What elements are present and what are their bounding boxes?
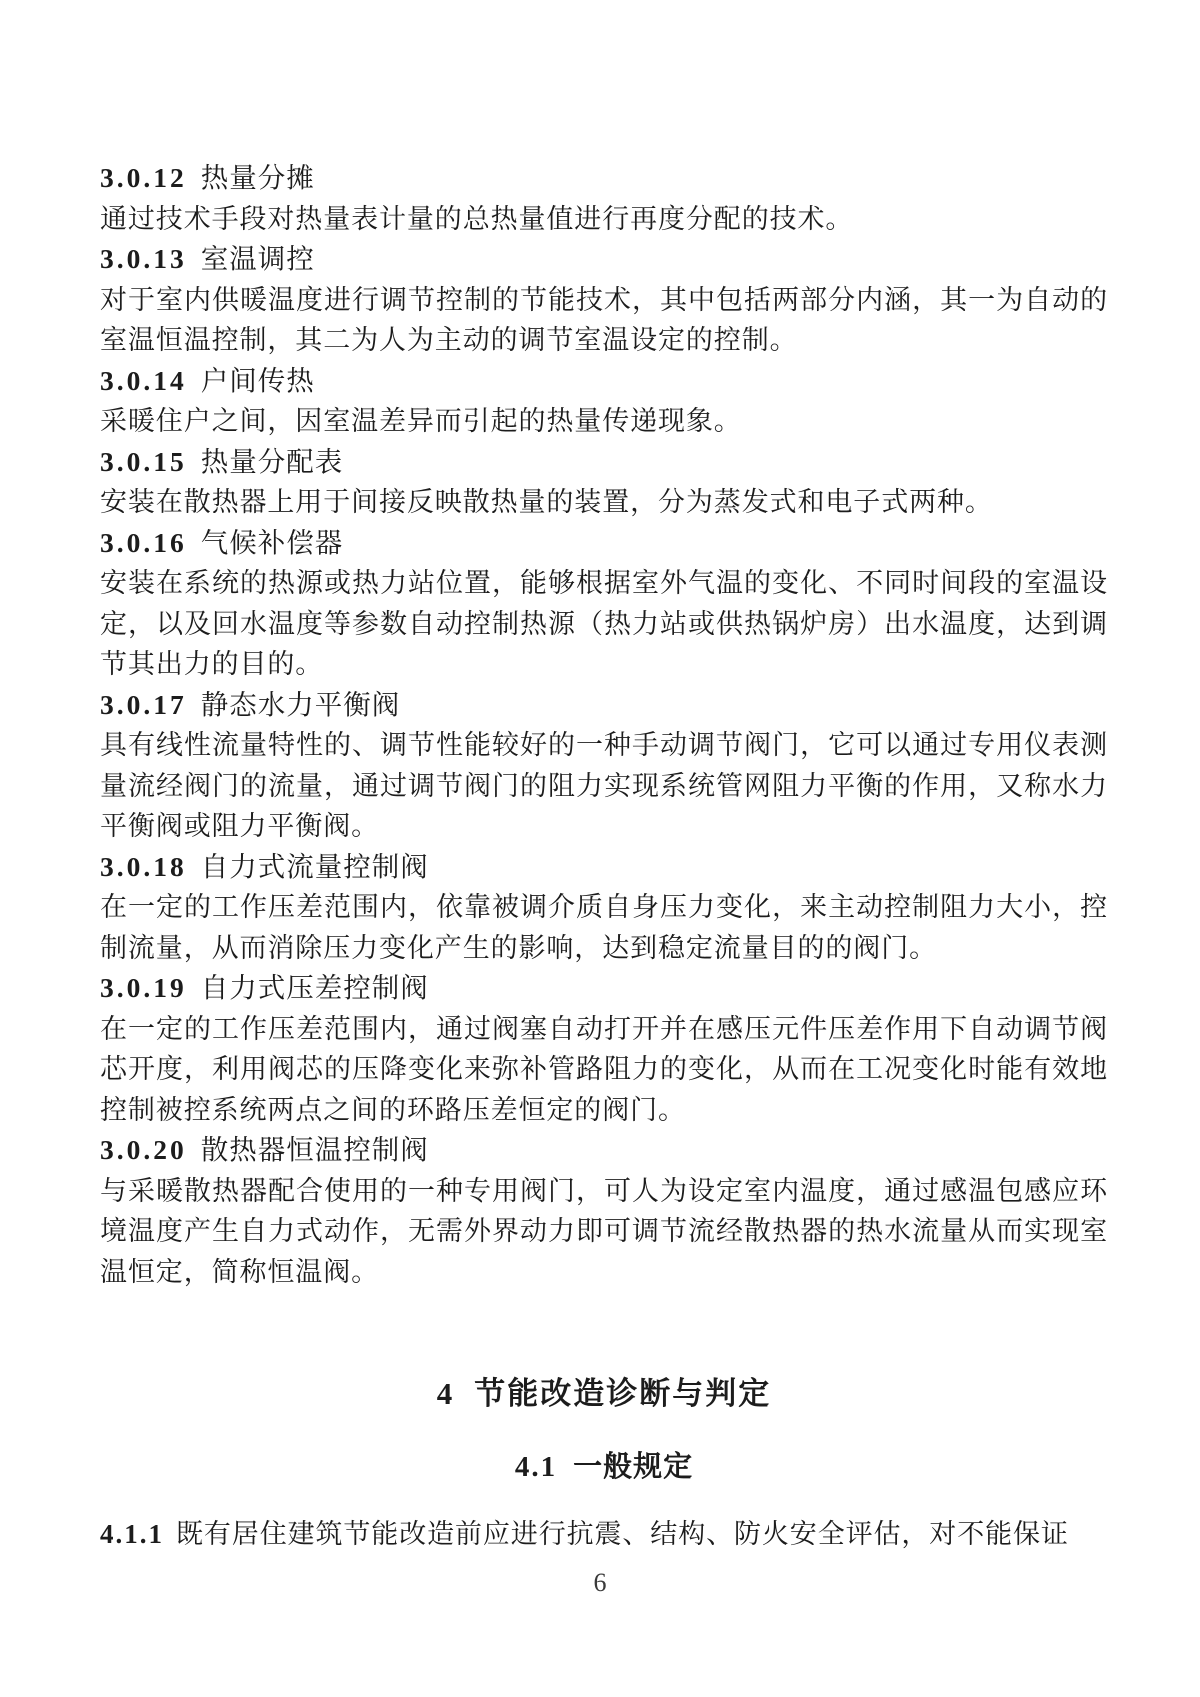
term-heading: 3.0.13室温调控 — [100, 239, 1108, 280]
term-heading: 3.0.14户间传热 — [100, 361, 1108, 402]
term-body: 在一定的工作压差范围内，依靠被调介质自身压力变化，来主动控制阻力大小，控制流量，… — [100, 887, 1108, 968]
page-footer: 6 — [0, 1568, 1200, 1598]
term-body: 在一定的工作压差范围内，通过阀塞自动打开并在感压元件压差作用下自动调节阀芯开度，… — [100, 1009, 1108, 1131]
term-body: 对于室内供暖温度进行调节控制的节能技术，其中包括两部分内涵，其一为自动的室温恒温… — [100, 280, 1108, 361]
term-heading: 3.0.17静态水力平衡阀 — [100, 685, 1108, 726]
term-definition: 3.0.19自力式压差控制阀 在一定的工作压差范围内，通过阀塞自动打开并在感压元… — [100, 968, 1108, 1130]
term-heading: 3.0.16气候补偿器 — [100, 523, 1108, 564]
term-title: 气候补偿器 — [201, 527, 344, 558]
section-number: 4.1 — [515, 1451, 557, 1483]
clause-number: 4.1.1 — [100, 1519, 164, 1549]
term-title: 室温调控 — [201, 243, 315, 274]
term-definition: 3.0.17静态水力平衡阀 具有线性流量特性的、调节性能较好的一种手动调节阀门，… — [100, 685, 1108, 847]
term-title: 静态水力平衡阀 — [201, 689, 401, 720]
term-number: 3.0.13 — [100, 243, 187, 274]
section-title: 一般规定 — [573, 1451, 693, 1483]
term-definition: 3.0.20散热器恒温控制阀 与采暖散热器配合使用的一种专用阀门，可人为设定室内… — [100, 1130, 1108, 1292]
term-title: 户间传热 — [201, 365, 315, 396]
term-body: 具有线性流量特性的、调节性能较好的一种手动调节阀门，它可以通过专用仪表测量流经阀… — [100, 725, 1108, 847]
term-title: 自力式压差控制阀 — [201, 972, 429, 1003]
term-body: 安装在散热器上用于间接反映散热量的装置，分为蒸发式和电子式两种。 — [100, 482, 1108, 523]
chapter-title: 节能改造诊断与判定 — [474, 1376, 771, 1411]
term-number: 3.0.14 — [100, 365, 187, 396]
clause-paragraph: 4.1.1既有居住建筑节能改造前应进行抗震、结构、防火安全评估，对不能保证 — [100, 1514, 1108, 1555]
chapter-heading: 4节能改造诊断与判定 — [100, 1376, 1108, 1412]
term-title: 热量分配表 — [201, 446, 344, 477]
document-page: 3.0.12热量分摊 通过技术手段对热量表计量的总热量值进行再度分配的技术。 3… — [0, 0, 1200, 1697]
term-number: 3.0.19 — [100, 972, 187, 1003]
term-definition: 3.0.18自力式流量控制阀 在一定的工作压差范围内，依靠被调介质自身压力变化，… — [100, 847, 1108, 969]
term-heading: 3.0.12热量分摊 — [100, 158, 1108, 199]
term-number: 3.0.15 — [100, 446, 187, 477]
term-definition: 3.0.16气候补偿器 安装在系统的热源或热力站位置，能够根据室外气温的变化、不… — [100, 523, 1108, 685]
term-heading: 3.0.19自力式压差控制阀 — [100, 968, 1108, 1009]
term-title: 热量分摊 — [201, 162, 315, 193]
term-number: 3.0.12 — [100, 162, 187, 193]
clause-body: 既有居住建筑节能改造前应进行抗震、结构、防火安全评估，对不能保证 — [176, 1519, 1069, 1549]
term-number: 3.0.16 — [100, 527, 187, 558]
term-title: 散热器恒温控制阀 — [201, 1134, 429, 1165]
term-definition: 3.0.12热量分摊 通过技术手段对热量表计量的总热量值进行再度分配的技术。 — [100, 158, 1108, 239]
term-definition: 3.0.15热量分配表 安装在散热器上用于间接反映散热量的装置，分为蒸发式和电子… — [100, 442, 1108, 523]
term-heading: 3.0.20散热器恒温控制阀 — [100, 1130, 1108, 1171]
term-title: 自力式流量控制阀 — [201, 851, 429, 882]
chapter-number: 4 — [437, 1376, 453, 1411]
section-heading: 4.1一般规定 — [100, 1450, 1108, 1484]
term-body: 安装在系统的热源或热力站位置，能够根据室外气温的变化、不同时间段的室温设定，以及… — [100, 563, 1108, 685]
term-definition: 3.0.14户间传热 采暖住户之间，因室温差异而引起的热量传递现象。 — [100, 361, 1108, 442]
term-body: 采暖住户之间，因室温差异而引起的热量传递现象。 — [100, 401, 1108, 442]
page-number: 6 — [594, 1568, 607, 1597]
page-content: 3.0.12热量分摊 通过技术手段对热量表计量的总热量值进行再度分配的技术。 3… — [100, 158, 1108, 1555]
term-definition: 3.0.13室温调控 对于室内供暖温度进行调节控制的节能技术，其中包括两部分内涵… — [100, 239, 1108, 361]
term-number: 3.0.20 — [100, 1134, 187, 1165]
term-body: 与采暖散热器配合使用的一种专用阀门，可人为设定室内温度，通过感温包感应环境温度产… — [100, 1171, 1108, 1293]
term-number: 3.0.17 — [100, 689, 187, 720]
term-body: 通过技术手段对热量表计量的总热量值进行再度分配的技术。 — [100, 199, 1108, 240]
term-heading: 3.0.18自力式流量控制阀 — [100, 847, 1108, 888]
term-number: 3.0.18 — [100, 851, 187, 882]
term-heading: 3.0.15热量分配表 — [100, 442, 1108, 483]
